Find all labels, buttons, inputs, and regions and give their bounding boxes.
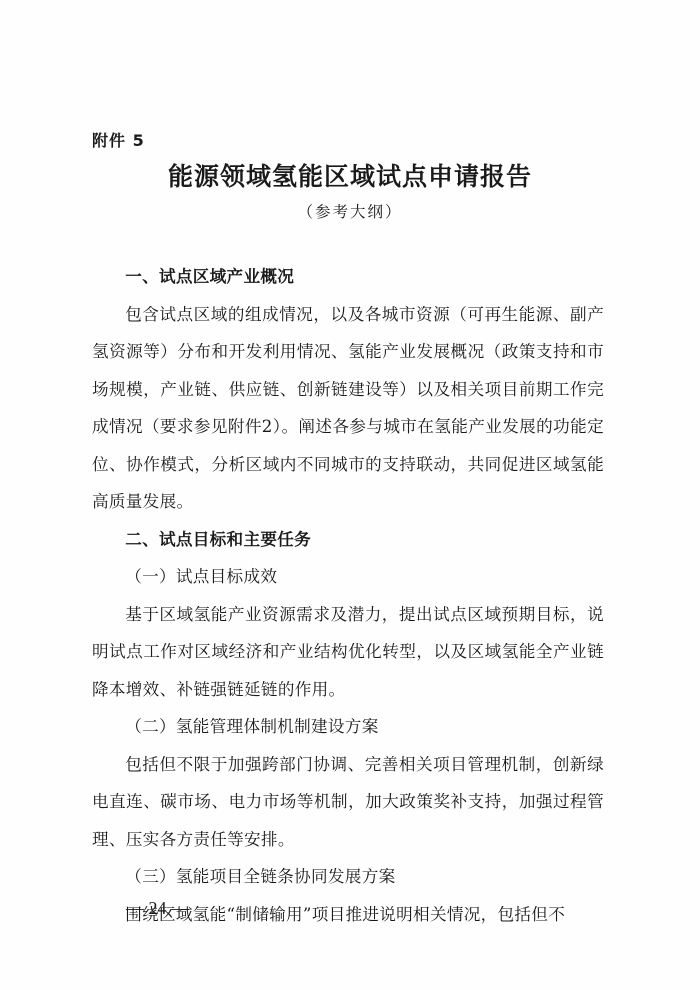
document-title: 能源领域氢能区域试点申请报告 [0, 157, 700, 193]
page-number: — 24 — [126, 898, 189, 919]
document-subtitle: （参考大纲） [0, 200, 700, 222]
subsection-heading-full-chain: （三）氢能项目全链条协同发展方案 [92, 858, 604, 896]
section-heading-goals-tasks: 二、试点目标和主要任务 [92, 521, 604, 559]
attachment-label: 附件 5 [92, 128, 145, 151]
paragraph-overview: 包含试点区域的组成情况，以及各城市资源（可再生能源、副产氢资源等）分布和开发利用… [92, 296, 604, 521]
subsection-heading-goals: （一）试点目标成效 [92, 558, 604, 596]
section-heading-overview: 一、试点区域产业概况 [92, 258, 604, 296]
document-body: 一、试点区域产业概况 包含试点区域的组成情况，以及各城市资源（可再生能源、副产氢… [92, 258, 604, 933]
paragraph-goals: 基于区域氢能产业资源需求及潜力，提出试点区域预期目标，说明试点工作对区域经济和产… [92, 596, 604, 709]
document-page: 附件 5 能源领域氢能区域试点申请报告 （参考大纲） 一、试点区域产业概况 包含… [0, 0, 700, 990]
subsection-heading-mechanism: （二）氢能管理体制机制建设方案 [92, 708, 604, 746]
paragraph-mechanism: 包括但不限于加强跨部门协调、完善相关项目管理机制，创新绿电直连、碳市场、电力市场… [92, 746, 604, 859]
